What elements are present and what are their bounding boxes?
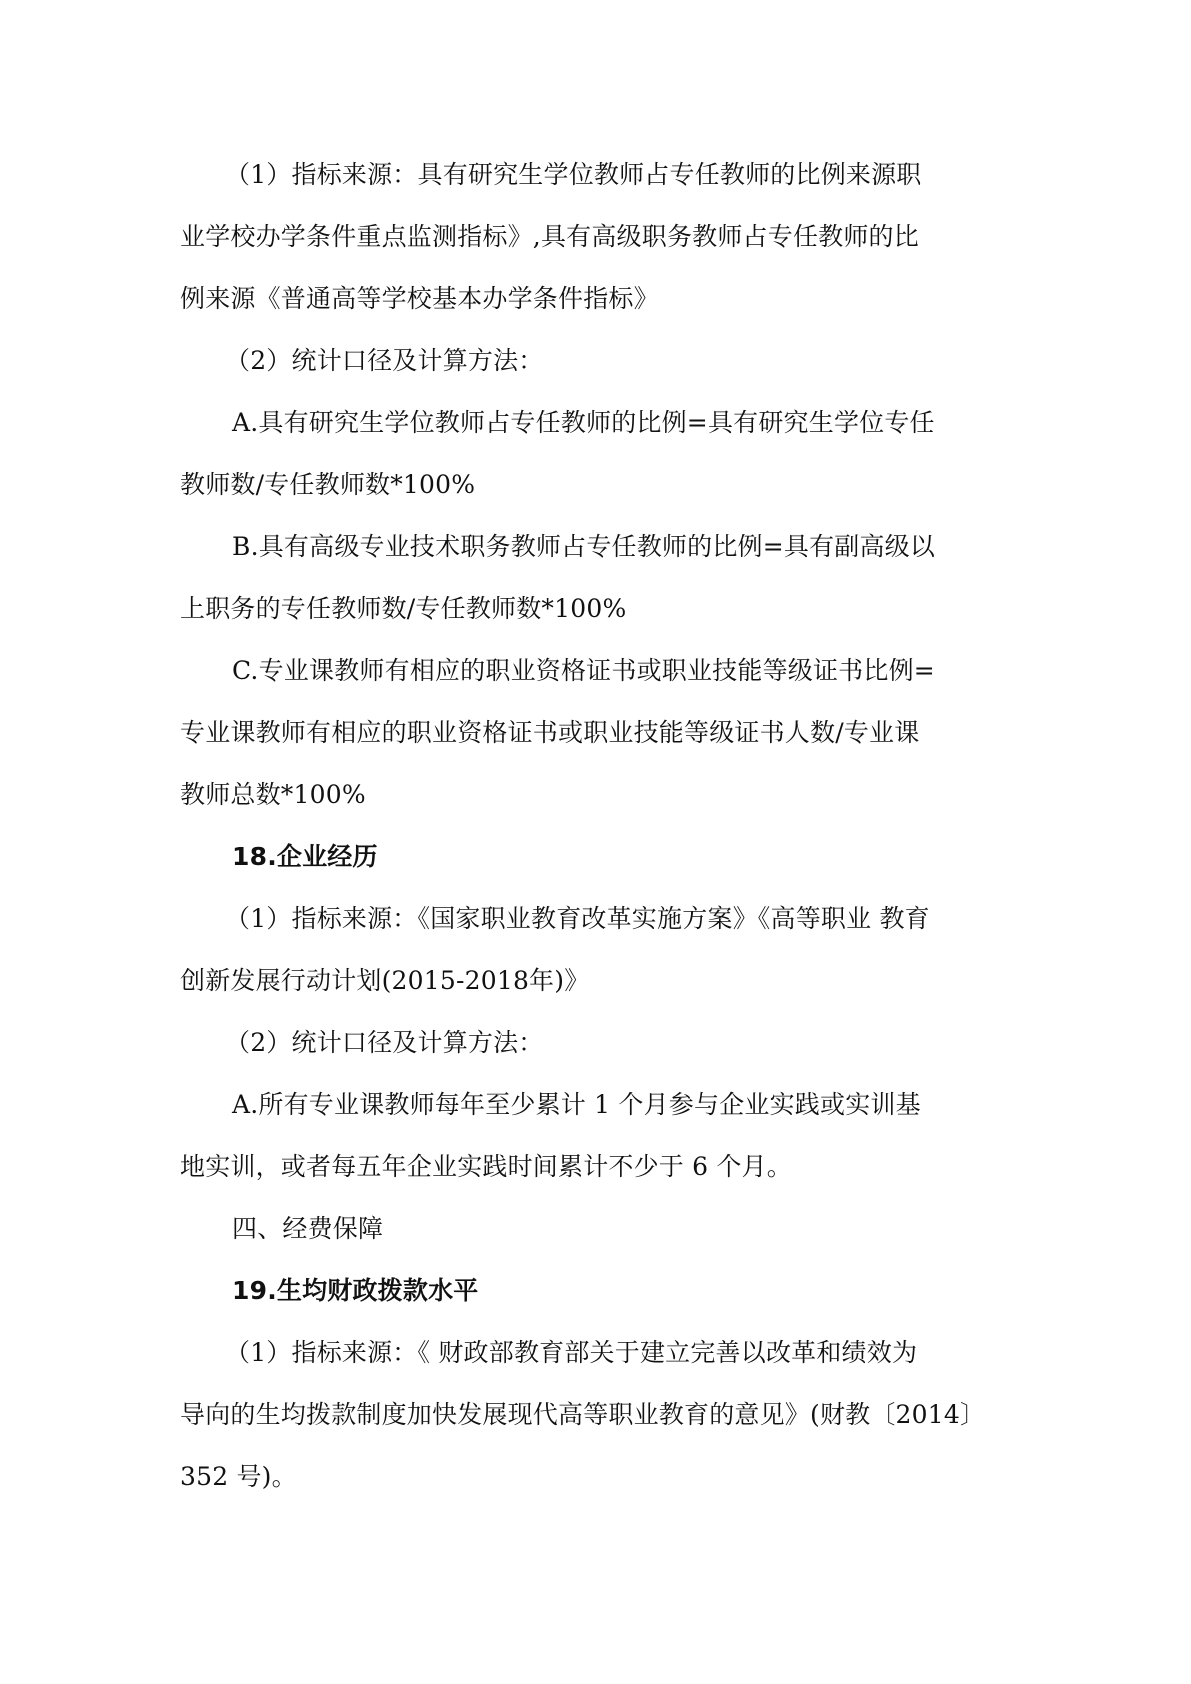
section19-source-continued: 导向的生均拨款制度加快发展现代高等职业教育的意见》(财教〔2014〕 (180, 1400, 1020, 1430)
paragraph-line: 业学校办学条件重点监测指标》,具有高级职务教师占专任教师的比 (180, 222, 1020, 252)
formula-a-continued: 教师数/专任教师数*100% (180, 470, 1020, 500)
paragraph-line: 例来源《普通高等学校基本办学条件指标》 (180, 284, 1020, 314)
paragraph-indicator-source: （1）指标来源：具有研究生学位教师占专任教师的比例来源职 (225, 160, 1065, 190)
formula-c: C.专业课教师有相应的职业资格证书或职业技能等级证书比例= (232, 656, 1072, 686)
part-heading-funding: 四、经费保障 (232, 1214, 1072, 1244)
section18-method-label: （2）统计口径及计算方法： (225, 1028, 1065, 1058)
section18-source-continued: 创新发展行动计划(2015-2018年)》 (180, 966, 1020, 996)
formula-b-continued: 上职务的专任教师数/专任教师数*100% (180, 594, 1020, 624)
formula-c-continued: 教师总数*100% (180, 780, 1020, 810)
section-heading-18: 18.企业经历 (232, 842, 1072, 872)
section18-item-a: A.所有专业课教师每年至少累计 1 个月参与企业实践或实训基 (232, 1090, 1072, 1120)
section19-source: （1）指标来源：《 财政部教育部关于建立完善以改革和绩效为 (225, 1338, 1065, 1368)
section-heading-19: 19.生均财政拨款水平 (232, 1276, 1072, 1306)
section19-source-continued: 352 号)。 (180, 1462, 1020, 1492)
section18-item-a-continued: 地实训，或者每五年企业实践时间累计不少于 6 个月。 (180, 1152, 1020, 1182)
method-label: （2）统计口径及计算方法： (225, 346, 1065, 376)
formula-c-continued: 专业课教师有相应的职业资格证书或职业技能等级证书人数/专业课 (180, 718, 1020, 748)
formula-a: A.具有研究生学位教师占专任教师的比例=具有研究生学位专任 (232, 408, 1072, 438)
formula-b: B.具有高级专业技术职务教师占专任教师的比例=具有副高级以 (232, 532, 1072, 562)
section18-source: （1）指标来源：《国家职业教育改革实施方案》《高等职业 教育 (225, 904, 1065, 934)
document-page: （1）指标来源：具有研究生学位教师占专任教师的比例来源职 业学校办学条件重点监测… (0, 0, 1191, 1684)
